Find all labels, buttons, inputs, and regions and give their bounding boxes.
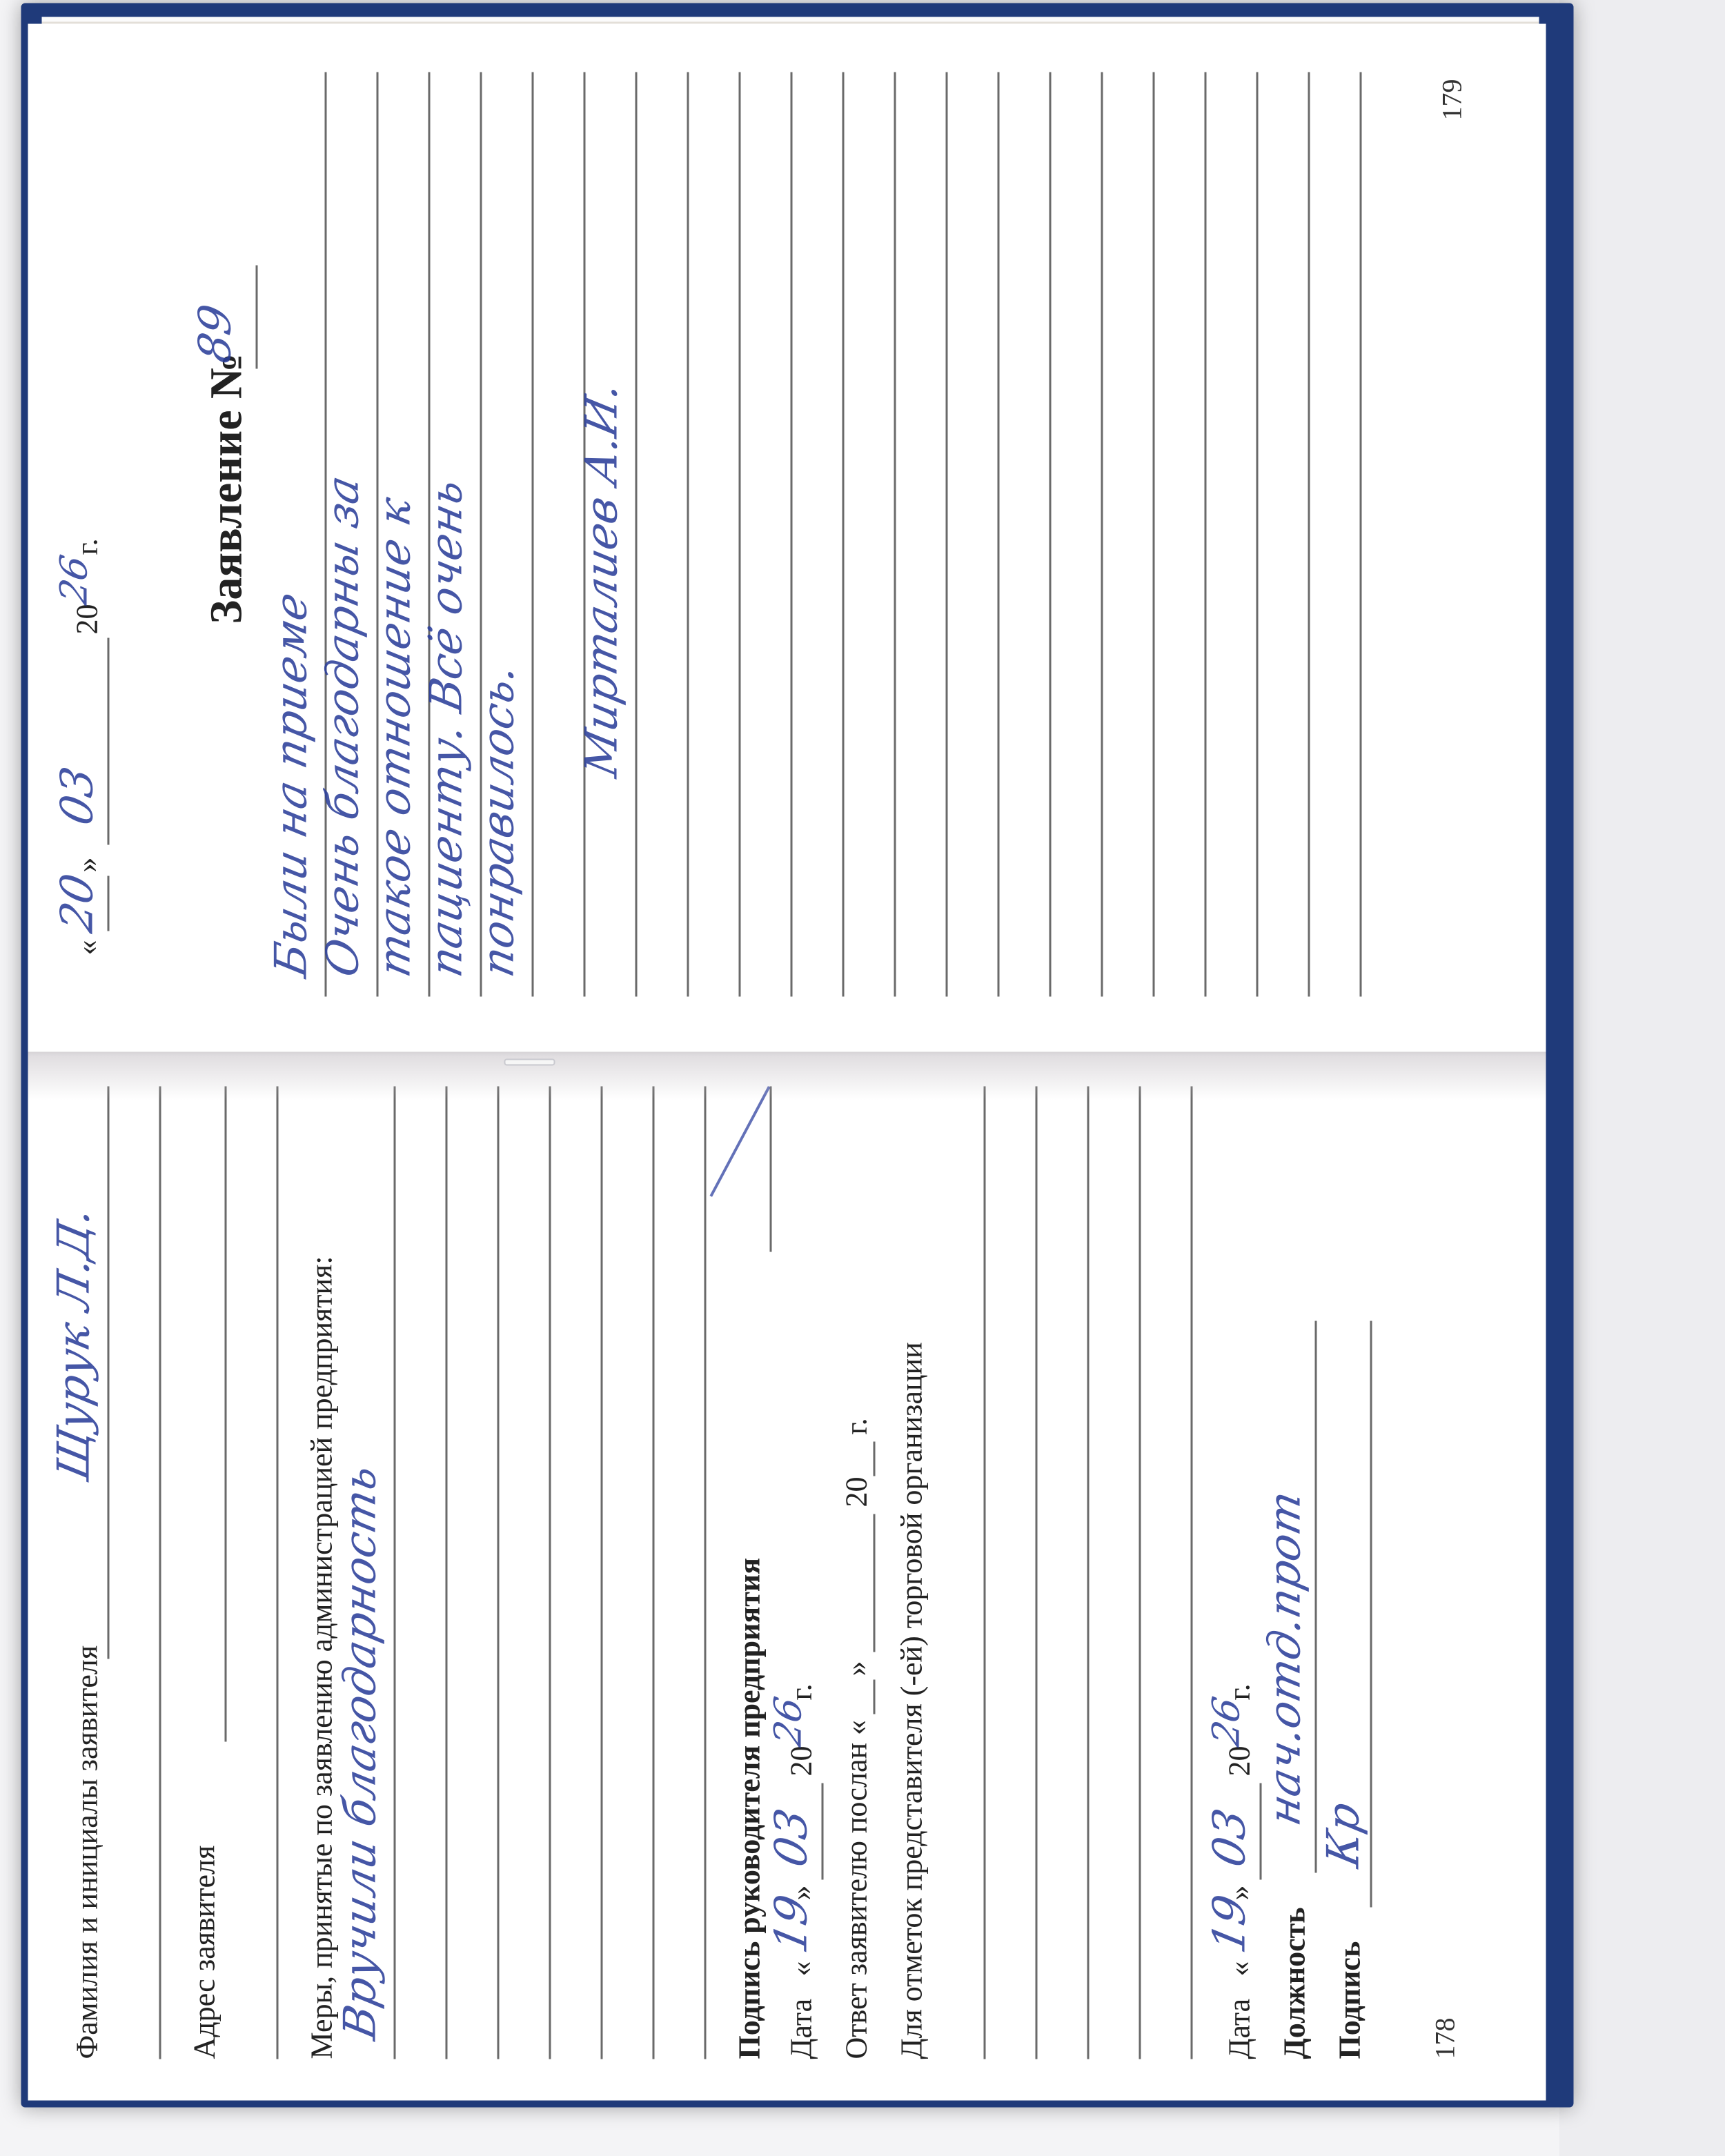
date-year-prefix: 20 bbox=[70, 604, 105, 635]
body-line-2: Очень благодарны за bbox=[318, 471, 369, 981]
body-rule bbox=[687, 72, 689, 997]
date-year-label: г. bbox=[70, 538, 105, 555]
body-rule bbox=[635, 72, 638, 997]
manager-date-year-prefix: 20 bbox=[784, 1746, 819, 1777]
rep-date-year-label: г. bbox=[1222, 1683, 1257, 1700]
quote-close: » bbox=[784, 1886, 819, 1901]
date-open-quote: « bbox=[70, 940, 105, 956]
body-rule bbox=[1049, 72, 1052, 997]
manager-date-year-suffix: 26 bbox=[767, 1693, 810, 1750]
page-number-left: 178 bbox=[1429, 2018, 1461, 2059]
statement-number: 89 bbox=[190, 300, 241, 367]
signature-value: Кр bbox=[1319, 1798, 1370, 1871]
applicant-name-line-2 bbox=[159, 1087, 161, 2059]
body-rule bbox=[1205, 72, 1207, 997]
left-page: Фамилия и инициалы заявителя Щурук Л.Д. … bbox=[28, 1052, 1546, 2101]
body-rule bbox=[1308, 72, 1310, 997]
applicant-address-line bbox=[225, 1087, 227, 1742]
statement-number-line bbox=[256, 266, 258, 369]
manager-date-year-label: г. bbox=[784, 1683, 819, 1700]
notes-line bbox=[1139, 1087, 1141, 2059]
measures-label: Меры, принятые по заявлению администраци… bbox=[304, 1256, 339, 2059]
body-line-3: такое отношение к bbox=[370, 493, 421, 982]
rep-date-year-suffix: 26 bbox=[1205, 1693, 1248, 1750]
body-rule bbox=[1360, 72, 1362, 997]
body-rule bbox=[998, 72, 1000, 997]
applicant-name-value: Щурук Л.Д. bbox=[49, 1203, 100, 1485]
measures-line bbox=[549, 1087, 551, 2059]
rep-date-day: 19 bbox=[1205, 1890, 1256, 1957]
applicant-signature: Мирталиев А.И. bbox=[577, 378, 628, 782]
position-label: Должность bbox=[1277, 1907, 1312, 2059]
date-close-quote: » bbox=[70, 858, 105, 873]
date-day: 20 bbox=[52, 869, 103, 936]
body-rule bbox=[1101, 72, 1103, 997]
reply-sent-mid: » bbox=[839, 1661, 874, 1677]
body-rule bbox=[842, 72, 845, 997]
manager-signature-label: Подпись руководителя предприятия bbox=[732, 1558, 767, 2059]
measures-line bbox=[704, 1087, 707, 2059]
reply-sent-label: Ответ заявителю послан « bbox=[839, 1720, 874, 2059]
reply-sent-year-label: г. bbox=[839, 1418, 874, 1434]
measures-line bbox=[394, 1087, 396, 2059]
signature-line bbox=[1370, 1321, 1372, 1908]
body-rule bbox=[946, 72, 948, 997]
body-rule bbox=[791, 72, 793, 997]
measures-value: Вручили благодарность bbox=[335, 1461, 386, 2044]
page-number-right: 179 bbox=[1436, 79, 1468, 121]
applicant-name-label: Фамилия и инициалы заявителя bbox=[70, 1645, 105, 2059]
body-rule bbox=[739, 72, 741, 997]
right-page: « 20 » 03 20 26 г. Заявление № 89 Были н… bbox=[28, 24, 1546, 1052]
notes-line bbox=[1087, 1087, 1090, 2059]
notes-line bbox=[1191, 1087, 1193, 2059]
reply-sent-month-line bbox=[874, 1514, 876, 1652]
notes-line bbox=[984, 1087, 986, 2059]
body-rule bbox=[894, 72, 896, 997]
measures-line bbox=[446, 1087, 448, 2059]
reply-sent-year-prefix: 20 bbox=[839, 1477, 874, 1507]
notes-label: Для отметок представителя (-ей) торговой… bbox=[894, 1342, 929, 2059]
rep-date-month: 03 bbox=[1205, 1804, 1256, 1871]
manager-date-day: 19 bbox=[767, 1890, 818, 1957]
measures-line bbox=[601, 1087, 603, 2059]
position-value: нач.отд.прот bbox=[1260, 1487, 1311, 1830]
position-line bbox=[1315, 1321, 1317, 1873]
reply-sent-year-line bbox=[874, 1442, 876, 1476]
rep-date-year-prefix: 20 bbox=[1222, 1746, 1257, 1777]
quote-close: » bbox=[1222, 1886, 1257, 1901]
date-day-line bbox=[108, 876, 110, 931]
applicant-address-label: Адрес заявителя bbox=[187, 1846, 222, 2059]
date-year-suffix: 26 bbox=[52, 551, 96, 608]
body-rule bbox=[532, 72, 534, 997]
book-spread: Фамилия и инициалы заявителя Щурук Л.Д. … bbox=[1, 0, 1725, 2156]
body-line-5: понравилось. bbox=[473, 660, 524, 982]
manager-date-label: Дата bbox=[785, 1999, 818, 2059]
notes-line bbox=[1036, 1087, 1038, 2059]
rep-date-label: Дата bbox=[1222, 1999, 1257, 2059]
quote-open: « bbox=[1222, 1961, 1257, 1977]
manager-signature-line bbox=[770, 1087, 772, 1252]
manager-date-month: 03 bbox=[767, 1804, 818, 1871]
body-rule bbox=[1256, 72, 1259, 997]
date-month-line bbox=[108, 638, 110, 845]
reply-sent-day-line bbox=[874, 1680, 876, 1714]
body-line-1: Были на приеме bbox=[266, 588, 317, 981]
date-month: 03 bbox=[52, 762, 103, 829]
quote-open: « bbox=[784, 1961, 819, 1977]
manager-date-row: Дата bbox=[784, 1999, 819, 2059]
body-rule bbox=[1153, 72, 1155, 997]
applicant-address-line-2 bbox=[277, 1087, 279, 2059]
signature-label: Подпись bbox=[1332, 1941, 1368, 2059]
statement-title: Заявление № bbox=[201, 353, 253, 624]
manager-date-month-line bbox=[822, 1783, 824, 1880]
binding-thread bbox=[504, 1059, 555, 1066]
measures-line bbox=[653, 1087, 655, 2059]
applicant-name-line bbox=[108, 1087, 110, 1659]
measures-line bbox=[497, 1087, 500, 2059]
manager-signature-mark bbox=[709, 1086, 770, 1197]
body-line-4: пациенту. Всё очень bbox=[422, 475, 473, 982]
